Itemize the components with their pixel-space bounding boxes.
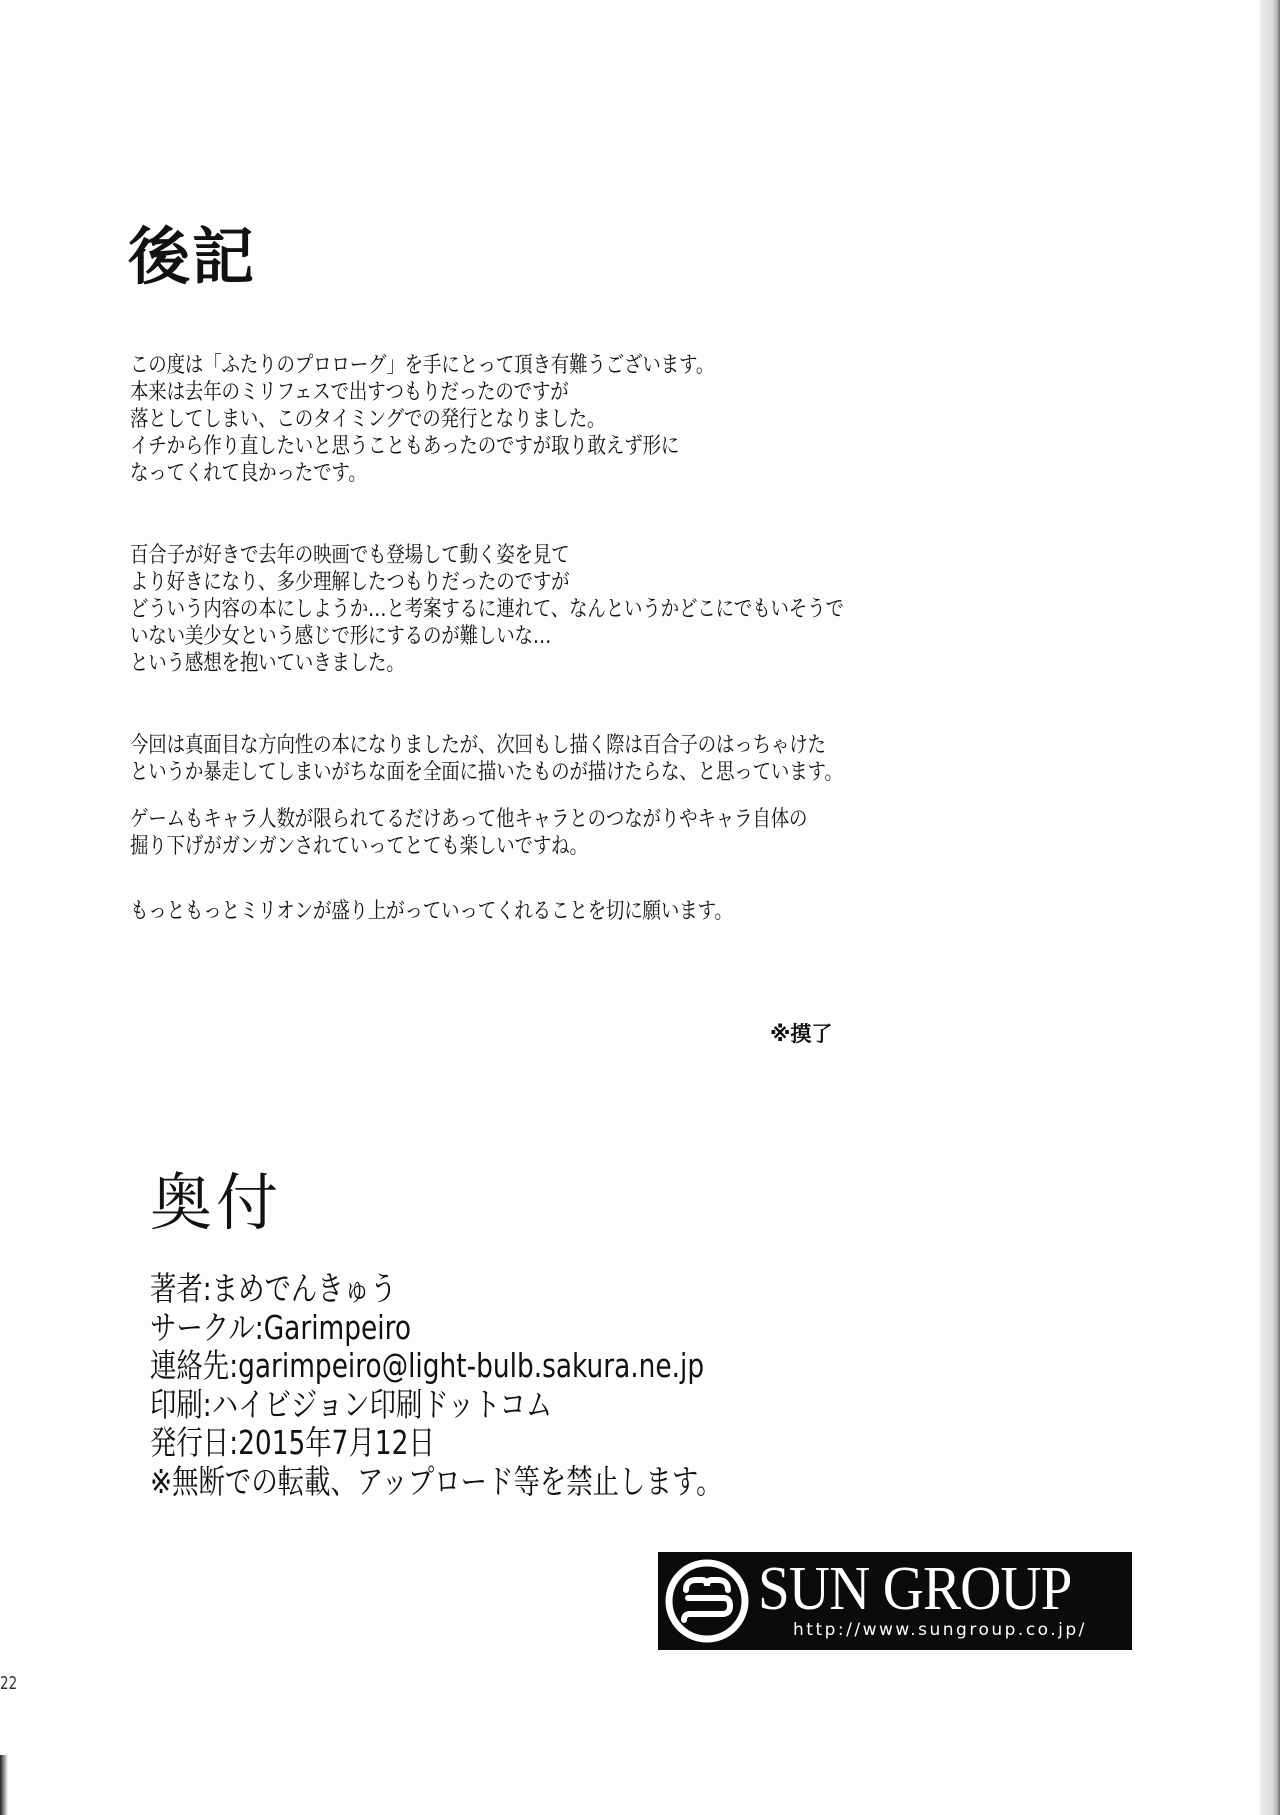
afterword-paragraph-5: もっともっとミリオンが盛り上がっていってくれることを切に願います。 [130, 898, 733, 925]
colophon-contact: 連絡先:garimpeiro@light-bulb.sakura.ne.jp [150, 1347, 723, 1386]
page-corner-shadow [0, 1755, 8, 1815]
colophon-publish-date: 発行日:2015年7月12日 [150, 1424, 723, 1463]
logo-name: SUN GROUP [758, 1558, 1071, 1620]
colophon-details: 著者:まめでんきゅう サークル:Garimpeiro 連絡先:garimpeir… [150, 1270, 723, 1501]
text-line: という感想を抱いていきました。 [130, 650, 844, 677]
text-line: 今回は真面目な方向性の本になりましたが、次回もし描く際は百合子のはっちゃけた [130, 732, 843, 759]
afterword-paragraph-3: 今回は真面目な方向性の本になりましたが、次回もし描く際は百合子のはっちゃけた と… [130, 732, 843, 786]
colophon-printer: 印刷:ハイビジョン印刷ドットコム [150, 1386, 723, 1425]
text-line: 百合子が好きで去年の映画でも登場して動く姿を見て [130, 542, 844, 569]
text-line: イチから作り直したいと思うこともあったのですが取り敢えず形に [130, 433, 714, 460]
afterword-signoff: ※摸了 [770, 1024, 832, 1045]
afterword-title: 後記 [128, 226, 256, 288]
text-line: なってくれて良かったです。 [130, 460, 714, 487]
text-line: もっともっとミリオンが盛り上がっていってくれることを切に願います。 [130, 898, 733, 925]
logo-url: http://www.sungroup.co.jp/ [793, 1622, 1087, 1639]
colophon-author: 著者:まめでんきゅう [150, 1270, 723, 1309]
text-line: より好きになり、多少理解したつもりだったのですが [130, 569, 844, 596]
colophon-title: 奥付 [150, 1172, 282, 1234]
text-line: いない美少女という感じで形にするのが難しいな… [130, 623, 844, 650]
afterword-paragraph-2: 百合子が好きで去年の映画でも登場して動く姿を見て より好きになり、多少理解したつ… [130, 542, 844, 677]
colophon-copyright-notice: ※無断での転載、アップロード等を禁止します。 [150, 1463, 723, 1502]
colophon-circle: サークル:Garimpeiro [150, 1309, 723, 1348]
text-line: どういう内容の本にしようか…と考案するに連れて、なんというかどこにでもいそうで [130, 596, 844, 623]
text-line: 本来は去年のミリフェスで出すつもりだったのですが [130, 379, 714, 406]
text-line: この度は「ふたりのプロローグ」を手にとって頂き有難うございます。 [130, 352, 714, 379]
afterword-paragraph-1: この度は「ふたりのプロローグ」を手にとって頂き有難うございます。 本来は去年のミ… [130, 352, 714, 487]
book-page: 後記 この度は「ふたりのプロローグ」を手にとって頂き有難うございます。 本来は去… [0, 0, 1280, 1815]
text-line: 掘り下げがガンガンされていってとても楽しいですね。 [130, 833, 807, 860]
printer-logo: SUN GROUP http://www.sungroup.co.jp/ [658, 1552, 1132, 1650]
page-number: 22 [0, 1675, 17, 1693]
sun-group-logo-icon [664, 1558, 750, 1644]
page-edge-shadow [1260, 0, 1280, 1815]
afterword-paragraph-4: ゲームもキャラ人数が限られてるだけあって他キャラとのつながりやキャラ自体の 掘り… [130, 806, 807, 860]
text-line: 落としてしまい、このタイミングでの発行となりました。 [130, 406, 714, 433]
text-line: というか暴走してしまいがちな面を全面に描いたものが描けたらな、と思っています。 [130, 759, 843, 786]
text-line: ゲームもキャラ人数が限られてるだけあって他キャラとのつながりやキャラ自体の [130, 806, 807, 833]
